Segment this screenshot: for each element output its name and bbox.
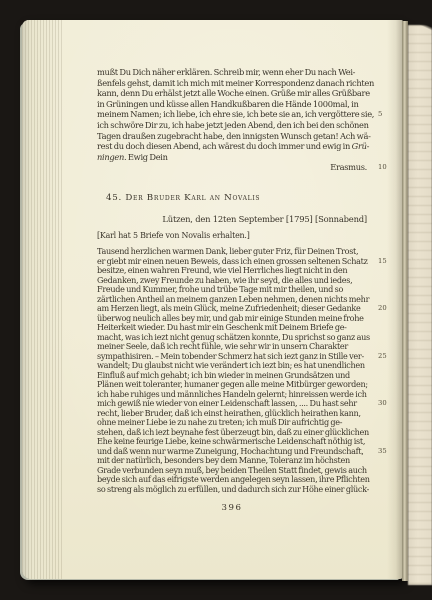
margin-line-number: 5 bbox=[378, 109, 382, 120]
text-line: in Grüningen und küsse allen Handkußbare… bbox=[97, 99, 367, 110]
page-fore-edge bbox=[22, 20, 64, 579]
page-number: 396 bbox=[97, 503, 367, 513]
text-line: mußt Du Dich näher erklären. Schreib mir… bbox=[97, 67, 367, 78]
text-line: Tagen draußen zugebracht habe, den innig… bbox=[97, 131, 367, 142]
margin-line-number: 15 bbox=[378, 257, 387, 267]
text-line: rest du doch diesen Abend, ach wärest du… bbox=[97, 141, 367, 152]
page-gutter-shadow bbox=[387, 20, 403, 579]
editor-note: [Karl hat 5 Briefe von Novalis erhalten.… bbox=[97, 231, 250, 240]
previous-letter-text: mußt Du Dich näher erklären. Schreib mir… bbox=[97, 67, 367, 173]
text-line: kann, denn Du erhälst jetzt alle Woche e… bbox=[97, 88, 367, 99]
facing-page-edge bbox=[408, 25, 432, 585]
text-line: ßenfels gehst, damit ich mich mit meiner… bbox=[97, 78, 367, 89]
text-line: ningen. Ewig Dein bbox=[97, 152, 367, 163]
text-line: meinem Namen; ich liebe, ich ehre sie, i… bbox=[97, 109, 367, 120]
margin-line-number: 20 bbox=[378, 304, 387, 314]
letter-dateline: Lützen, den 12ten September [1795] [Sonn… bbox=[97, 214, 367, 224]
text-line: so streng als möglich zu erfüllen, und d… bbox=[97, 485, 367, 495]
text-line: ich schwöre Dir zu, ich habe jetzt jeden… bbox=[97, 120, 367, 131]
margin-line-number: 10 bbox=[378, 162, 387, 173]
margin-line-number: 35 bbox=[378, 447, 387, 457]
text-line: Erasmus.10 bbox=[97, 162, 367, 173]
photo-corner-shadow bbox=[404, 0, 432, 46]
margin-line-number: 25 bbox=[378, 352, 387, 362]
letter-heading: 45. Der Bruder Karl an Novalis bbox=[106, 193, 260, 203]
scanned-book-photo: mußt Du Dich näher erklären. Schreib mir… bbox=[0, 0, 432, 600]
book-page: mußt Du Dich näher erklären. Schreib mir… bbox=[22, 20, 403, 579]
letter-body-text: Tausend herzlichen warmen Dank, lieber g… bbox=[97, 247, 367, 494]
margin-line-number: 30 bbox=[378, 399, 387, 409]
